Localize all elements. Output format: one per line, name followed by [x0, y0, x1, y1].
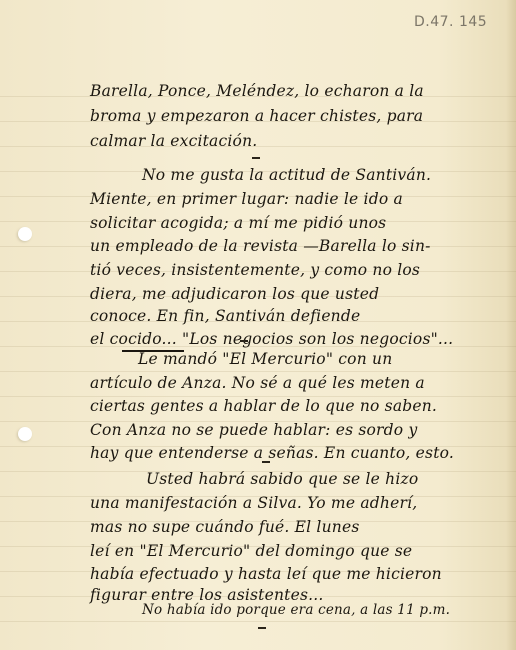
- text-line: No había ido porque era cena, a las 11 p…: [142, 602, 450, 618]
- text-line: calmar la excitación.: [90, 132, 257, 150]
- text-line: un empleado de la revista —Barella lo si…: [90, 237, 431, 255]
- ruled-line: [0, 146, 516, 147]
- text-line: diera, me adjudicaron los que usted: [90, 285, 379, 303]
- separator-dash: [252, 157, 260, 159]
- text-line: artículo de Anza. No sé a qué les meten …: [90, 374, 425, 392]
- hole-punch: [18, 427, 32, 441]
- separator-dash: [258, 627, 266, 629]
- text-line: Barella, Ponce, Meléndez, lo echaron a l…: [90, 82, 424, 100]
- ruled-line: [0, 621, 516, 622]
- text-line: el cocido... "Los negocios son los negoc…: [90, 330, 453, 348]
- text-line: ciertas gentes a hablar de lo que no sab…: [90, 397, 437, 415]
- text-line: una manifestación a Silva. Yo me adherí,: [90, 494, 417, 512]
- hole-punch: [18, 227, 32, 241]
- separator-dash: [240, 340, 248, 342]
- separator-dash: [262, 461, 270, 463]
- text-line: broma y empezaron a hacer chistes, para: [90, 107, 423, 125]
- text-line: leí en "El Mercurio" del domingo que se: [90, 542, 412, 560]
- text-line: Le mandó "El Mercurio" con un: [138, 350, 392, 368]
- text-line: mas no supe cuándo fué. El lunes: [90, 518, 359, 536]
- text-line: Con Anza no se puede hablar: es sordo y: [90, 421, 417, 439]
- text-line: Miente, en primer lugar: nadie le ido a: [90, 190, 403, 208]
- text-line: solicitar acogida; a mí me pidió unos: [90, 214, 386, 232]
- text-line: tió veces, insistentemente, y como no lo…: [90, 261, 420, 279]
- scanned-letter-page: D.47. 145 Barella, Ponce, Meléndez, lo e…: [0, 0, 516, 650]
- ruled-line: [0, 371, 516, 372]
- text-line: conoce. En fin, Santiván defiende: [90, 307, 360, 325]
- text-line: Usted habrá sabido que se le hizo: [146, 470, 418, 488]
- archive-reference-number: D.47. 145: [414, 14, 487, 30]
- text-line: No me gusta la actitud de Santiván.: [142, 166, 431, 184]
- text-line: hay que entenderse a señas. En cuanto, e…: [90, 444, 454, 462]
- text-line: había efectuado y hasta leí que me hicie…: [90, 565, 442, 583]
